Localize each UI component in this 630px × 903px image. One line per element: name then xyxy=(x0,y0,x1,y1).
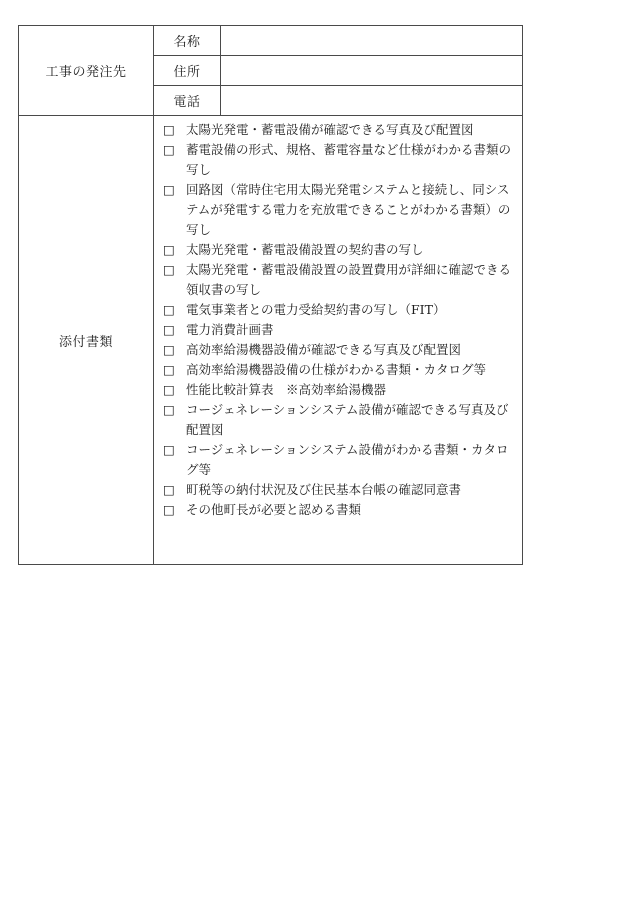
field-value-name[interactable] xyxy=(221,26,522,55)
checklist-item: □ 高効率給湯機器設備の仕様がわかる書類・カタログ等 xyxy=(161,360,514,380)
checklist-item-text: 町税等の納付状況及び住民基本台帳の確認同意書 xyxy=(186,480,514,500)
checklist-item-text: 高効率給湯機器設備が確認できる写真及び配置図 xyxy=(186,340,514,360)
checklist-item-text: コージェネレーションシステム設備がわかる書類・カタロ グ等 xyxy=(186,440,514,480)
checkbox-icon[interactable]: □ xyxy=(161,240,186,260)
checkbox-icon[interactable]: □ xyxy=(161,300,186,320)
orderer-field-row-address: 住所 xyxy=(154,56,522,86)
checklist-item-text: 回路図（常時住宅用太陽光発電システムと接続し、同シス テムが発電する電力を充放電… xyxy=(186,180,514,240)
orderer-field-rows: 名称 住所 電話 xyxy=(154,26,522,115)
checkbox-icon[interactable]: □ xyxy=(161,480,186,500)
checklist-item-text: その他町長が必要と認める書類 xyxy=(186,500,514,520)
attachments-checklist: □ 太陽光発電・蓄電設備が確認できる写真及び配置図 □ 蓄電設備の形式、規格、蓄… xyxy=(154,116,522,564)
checklist-item: □ 回路図（常時住宅用太陽光発電システムと接続し、同シス テムが発電する電力を充… xyxy=(161,180,514,240)
field-label-name: 名称 xyxy=(154,26,221,55)
checklist-item: □ 太陽光発電・蓄電設備設置の契約書の写し xyxy=(161,240,514,260)
checkbox-icon[interactable]: □ xyxy=(161,320,186,340)
checklist-item: □ 性能比較計算表 ※高効率給湯機器 xyxy=(161,380,514,400)
checkbox-icon[interactable]: □ xyxy=(161,360,186,380)
checkbox-icon[interactable]: □ xyxy=(161,140,186,160)
document-page: 工事の発注先 名称 住所 電話 添付書類 xyxy=(0,0,630,903)
checklist-item: □ 太陽光発電・蓄電設備設置の設置費用が詳細に確認できる 領収書の写し xyxy=(161,260,514,300)
checkbox-icon[interactable]: □ xyxy=(161,500,186,520)
attachments-section: 添付書類 □ 太陽光発電・蓄電設備が確認できる写真及び配置図 □ 蓄電設備の形式… xyxy=(19,116,522,564)
checklist-item-text: 蓄電設備の形式、規格、蓄電容量など仕様がわかる書類の 写し xyxy=(186,140,514,180)
checkbox-icon[interactable]: □ xyxy=(161,180,186,200)
orderer-field-row-phone: 電話 xyxy=(154,86,522,115)
checkbox-icon[interactable]: □ xyxy=(161,440,186,460)
checklist-item: □ 高効率給湯機器設備が確認できる写真及び配置図 xyxy=(161,340,514,360)
checklist-item-text: 電力消費計画書 xyxy=(186,320,514,340)
checklist-item-text: 太陽光発電・蓄電設備設置の契約書の写し xyxy=(186,240,514,260)
attachments-section-label: 添付書類 xyxy=(19,116,154,564)
checkbox-icon[interactable]: □ xyxy=(161,340,186,360)
checkbox-icon[interactable]: □ xyxy=(161,400,186,420)
field-value-address[interactable] xyxy=(221,56,522,85)
checklist-item-text: 電気事業者との電力受給契約書の写し（FIT） xyxy=(186,300,514,320)
checklist-item-text: 太陽光発電・蓄電設備設置の設置費用が詳細に確認できる 領収書の写し xyxy=(186,260,514,300)
checklist-item: □ 太陽光発電・蓄電設備が確認できる写真及び配置図 xyxy=(161,120,514,140)
checklist-item: □ 町税等の納付状況及び住民基本台帳の確認同意書 xyxy=(161,480,514,500)
field-label-phone: 電話 xyxy=(154,86,221,115)
orderer-section-label: 工事の発注先 xyxy=(19,26,154,115)
checklist-item-text: 性能比較計算表 ※高効率給湯機器 xyxy=(186,380,514,400)
checklist-item-text: 太陽光発電・蓄電設備が確認できる写真及び配置図 xyxy=(186,120,514,140)
application-form-table: 工事の発注先 名称 住所 電話 添付書類 xyxy=(18,25,523,565)
orderer-section: 工事の発注先 名称 住所 電話 xyxy=(19,26,522,116)
checklist-item: □ コージェネレーションシステム設備が確認できる写真及び 配置図 xyxy=(161,400,514,440)
checklist-item-text: コージェネレーションシステム設備が確認できる写真及び 配置図 xyxy=(186,400,514,440)
checkbox-icon[interactable]: □ xyxy=(161,380,186,400)
checkbox-icon[interactable]: □ xyxy=(161,260,186,280)
checklist-item: □ 蓄電設備の形式、規格、蓄電容量など仕様がわかる書類の 写し xyxy=(161,140,514,180)
checklist-item: □ 電気事業者との電力受給契約書の写し（FIT） xyxy=(161,300,514,320)
checklist-item: □ 電力消費計画書 xyxy=(161,320,514,340)
orderer-field-row-name: 名称 xyxy=(154,26,522,56)
field-label-address: 住所 xyxy=(154,56,221,85)
checklist-item: □ その他町長が必要と認める書類 xyxy=(161,500,514,520)
field-value-phone[interactable] xyxy=(221,86,522,115)
checklist-item-text: 高効率給湯機器設備の仕様がわかる書類・カタログ等 xyxy=(186,360,514,380)
checkbox-icon[interactable]: □ xyxy=(161,120,186,140)
checklist-item: □ コージェネレーションシステム設備がわかる書類・カタロ グ等 xyxy=(161,440,514,480)
